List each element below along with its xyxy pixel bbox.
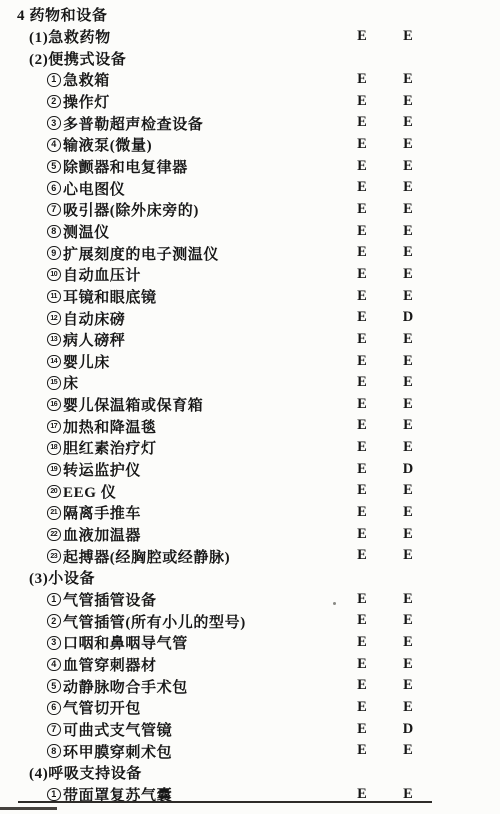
rating-col2: E	[397, 372, 419, 394]
rating-col1: E	[351, 26, 373, 48]
item-label: 转运监护仪	[63, 459, 141, 480]
item-label: 耳镜和眼底镜	[63, 286, 157, 307]
item-label: 隔离手推车	[63, 502, 141, 523]
rating-col1: E	[351, 437, 373, 459]
item-label: 输液泵(微量)	[63, 134, 152, 155]
equipment-item-row: 16婴儿保温箱或保育箱EE	[0, 394, 500, 416]
rating-col1: E	[351, 675, 373, 697]
equipment-item-row: 4血管穿刺器材EE	[0, 654, 500, 676]
rating-col1: E	[351, 719, 373, 741]
rating-col2: E	[397, 177, 419, 199]
circled-number: 6	[47, 701, 61, 715]
section-header-row: (2)便携式设备	[0, 47, 500, 69]
rating-col1: E	[351, 199, 373, 221]
rating-col1: E	[351, 589, 373, 611]
rating-col2: E	[397, 524, 419, 546]
equipment-item-row: 21隔离手推车EE	[0, 502, 500, 524]
item-label: 血管穿刺器材	[63, 654, 157, 675]
rating-col2: D	[397, 459, 419, 481]
circled-number: 2	[47, 614, 61, 628]
circled-number: 4	[47, 138, 61, 152]
circled-number: 5	[47, 679, 61, 693]
rating-col2: E	[397, 221, 419, 243]
item-label: 吸引器(除外床旁的)	[63, 199, 199, 220]
equipment-item-row: 6气管切开包EE	[0, 697, 500, 719]
item-label: 多普勒超声检查设备	[63, 113, 203, 134]
rating-col2: D	[397, 719, 419, 741]
rating-col2: E	[397, 545, 419, 567]
equipment-item-row: 8测温仪EE	[0, 221, 500, 243]
circled-number: 17	[47, 420, 61, 434]
equipment-item-row: 4输液泵(微量)EE	[0, 134, 500, 156]
item-label: 自动床磅	[63, 308, 125, 329]
rating-col2: E	[397, 351, 419, 373]
rating-col1: E	[351, 654, 373, 676]
rating-col2: E	[397, 589, 419, 611]
item-label: 环甲膜穿刺术包	[63, 741, 172, 762]
equipment-item-row: 22血液加温器EE	[0, 524, 500, 546]
item-label: 心电图仪	[63, 178, 125, 199]
item-label: 除颤器和电复律器	[63, 156, 188, 177]
scan-speck	[333, 602, 336, 605]
rating-col2: E	[397, 437, 419, 459]
circled-number: 6	[47, 181, 61, 195]
rating-col2: E	[397, 26, 419, 48]
circled-number: 2	[47, 95, 61, 109]
rating-col1: E	[351, 545, 373, 567]
equipment-item-row: 2操作灯EE	[0, 91, 500, 113]
rating-col1: E	[351, 134, 373, 156]
circled-number: 21	[47, 506, 61, 520]
item-label: 扩展刻度的电子测温仪	[63, 243, 219, 264]
item-label: 测温仪	[63, 221, 110, 242]
item-label: 加热和降温毯	[63, 416, 157, 437]
rating-col1: E	[351, 112, 373, 134]
scan-artifact	[0, 807, 57, 810]
item-label: 婴儿保温箱或保育箱	[63, 394, 203, 415]
rating-col2: D	[397, 307, 419, 329]
circled-number: 12	[47, 311, 61, 325]
document-page: 4 药物和设备 (1)急救药物EE(2)便携式设备1急救箱EE2操作灯EE3多普…	[0, 0, 500, 814]
item-label: 动静脉吻合手术包	[63, 676, 188, 697]
item-label: 气管插管(所有小儿的型号)	[63, 611, 246, 632]
rating-col1: E	[351, 177, 373, 199]
circled-number: 14	[47, 355, 61, 369]
rating-col2: E	[397, 632, 419, 654]
rating-col2: E	[397, 394, 419, 416]
rating-col2: E	[397, 134, 419, 156]
equipment-list: 4 药物和设备 (1)急救药物EE(2)便携式设备1急救箱EE2操作灯EE3多普…	[0, 4, 500, 805]
rating-col1: E	[351, 242, 373, 264]
equipment-item-row: 14婴儿床EE	[0, 351, 500, 373]
circled-number: 10	[47, 268, 61, 282]
equipment-item-row: 17加热和降温毯EE	[0, 415, 500, 437]
rating-col2: E	[397, 242, 419, 264]
rating-col2: E	[397, 740, 419, 762]
section-label: (1)急救药物	[29, 26, 111, 47]
rating-col2: E	[397, 264, 419, 286]
rating-col1: E	[351, 632, 373, 654]
rating-col1: E	[351, 415, 373, 437]
circled-number: 23	[47, 549, 61, 563]
circled-number: 22	[47, 528, 61, 542]
circled-number: 1	[47, 593, 61, 607]
list-title-row: 4 药物和设备	[0, 4, 500, 26]
equipment-item-row: 1急救箱EE	[0, 69, 500, 91]
circled-number: 20	[47, 485, 61, 499]
item-label: 气管插管设备	[63, 589, 157, 610]
equipment-item-row: 10自动血压计EE	[0, 264, 500, 286]
equipment-item-row: 5动静脉吻合手术包EE	[0, 675, 500, 697]
equipment-item-row: 3多普勒超声检查设备EE	[0, 112, 500, 134]
rating-col1: E	[351, 351, 373, 373]
item-label: 起搏器(经胸腔或经静脉)	[63, 546, 230, 567]
rating-col1: E	[351, 372, 373, 394]
rating-col1: E	[351, 221, 373, 243]
circled-number: 15	[47, 376, 61, 390]
rating-col1: E	[351, 329, 373, 351]
circled-number: 13	[47, 333, 61, 347]
section-label: (2)便携式设备	[29, 48, 126, 69]
rating-col2: E	[397, 156, 419, 178]
equipment-item-row: 3口咽和鼻咽导气管EE	[0, 632, 500, 654]
rating-col1: E	[351, 394, 373, 416]
item-label: 口咽和鼻咽导气管	[63, 632, 188, 653]
circled-number: 19	[47, 463, 61, 477]
equipment-item-row: 23起搏器(经胸腔或经静脉)EE	[0, 545, 500, 567]
item-label: 急救箱	[63, 69, 110, 90]
section-header-row: (3)小设备	[0, 567, 500, 589]
page-title: 4 药物和设备	[17, 4, 107, 25]
rating-col2: E	[397, 697, 419, 719]
equipment-item-row: 12自动床磅ED	[0, 307, 500, 329]
equipment-item-row: 6心电图仪EE	[0, 177, 500, 199]
item-label: 操作灯	[63, 91, 110, 112]
circled-number: 8	[47, 744, 61, 758]
circled-number: 5	[47, 160, 61, 174]
rating-col2: E	[397, 329, 419, 351]
rating-col1: E	[351, 264, 373, 286]
item-label: 病人磅秤	[63, 329, 125, 350]
table-bottom-rule	[18, 801, 432, 803]
rating-col1: E	[351, 524, 373, 546]
rating-col2: E	[397, 502, 419, 524]
rating-col2: E	[397, 69, 419, 91]
equipment-item-row: 9扩展刻度的电子测温仪EE	[0, 242, 500, 264]
rating-col1: E	[351, 480, 373, 502]
equipment-item-row: 18胆红素治疗灯EE	[0, 437, 500, 459]
equipment-item-row: 7吸引器(除外床旁的)EE	[0, 199, 500, 221]
rating-col2: E	[397, 654, 419, 676]
circled-number: 18	[47, 441, 61, 455]
circled-number: 8	[47, 225, 61, 239]
item-label: EEG 仪	[63, 481, 116, 502]
equipment-item-row: 5除颤器和电复律器EE	[0, 156, 500, 178]
rating-col2: E	[397, 286, 419, 308]
rating-col1: E	[351, 156, 373, 178]
rating-col1: E	[351, 91, 373, 113]
item-label: 婴儿床	[63, 351, 110, 372]
section-label: (4)呼吸支持设备	[29, 762, 142, 783]
rating-col1: E	[351, 697, 373, 719]
item-label: 胆红素治疗灯	[63, 437, 157, 458]
rating-col1: E	[351, 286, 373, 308]
equipment-item-row: 1气管插管设备EE	[0, 589, 500, 611]
equipment-item-row: 11耳镜和眼底镜EE	[0, 286, 500, 308]
circled-number: 4	[47, 658, 61, 672]
equipment-item-row: 19转运监护仪ED	[0, 459, 500, 481]
item-label: 床	[63, 372, 79, 393]
circled-number: 3	[47, 116, 61, 130]
rating-col1: E	[351, 459, 373, 481]
circled-number: 3	[47, 636, 61, 650]
item-label: 血液加温器	[63, 524, 141, 545]
rating-col2: E	[397, 480, 419, 502]
rating-col2: E	[397, 112, 419, 134]
rating-col2: E	[397, 610, 419, 632]
rating-col1: E	[351, 69, 373, 91]
item-label: 可曲式支气管镜	[63, 719, 172, 740]
circled-number: 7	[47, 203, 61, 217]
circled-number: 1	[47, 788, 61, 802]
circled-number: 7	[47, 723, 61, 737]
circled-number: 9	[47, 246, 61, 260]
section-header-row: (1)急救药物EE	[0, 26, 500, 48]
rating-col1: E	[351, 307, 373, 329]
rating-col2: E	[397, 91, 419, 113]
circled-number: 1	[47, 73, 61, 87]
item-label: 自动血压计	[63, 264, 141, 285]
rating-col1: E	[351, 502, 373, 524]
section-header-row: (4)呼吸支持设备	[0, 762, 500, 784]
rating-col1: E	[351, 740, 373, 762]
circled-number: 11	[47, 290, 61, 304]
equipment-item-row: 8环甲膜穿刺术包EE	[0, 740, 500, 762]
equipment-item-row: 13病人磅秤EE	[0, 329, 500, 351]
item-label: 气管切开包	[63, 697, 141, 718]
section-label: (3)小设备	[29, 567, 95, 588]
rating-col2: E	[397, 199, 419, 221]
equipment-item-row: 2气管插管(所有小儿的型号)EE	[0, 610, 500, 632]
rating-col2: E	[397, 415, 419, 437]
equipment-item-row: 20EEG 仪EE	[0, 480, 500, 502]
rating-col1: E	[351, 610, 373, 632]
circled-number: 16	[47, 398, 61, 412]
equipment-item-row: 7可曲式支气管镜ED	[0, 719, 500, 741]
rating-col2: E	[397, 675, 419, 697]
equipment-item-row: 15床EE	[0, 372, 500, 394]
